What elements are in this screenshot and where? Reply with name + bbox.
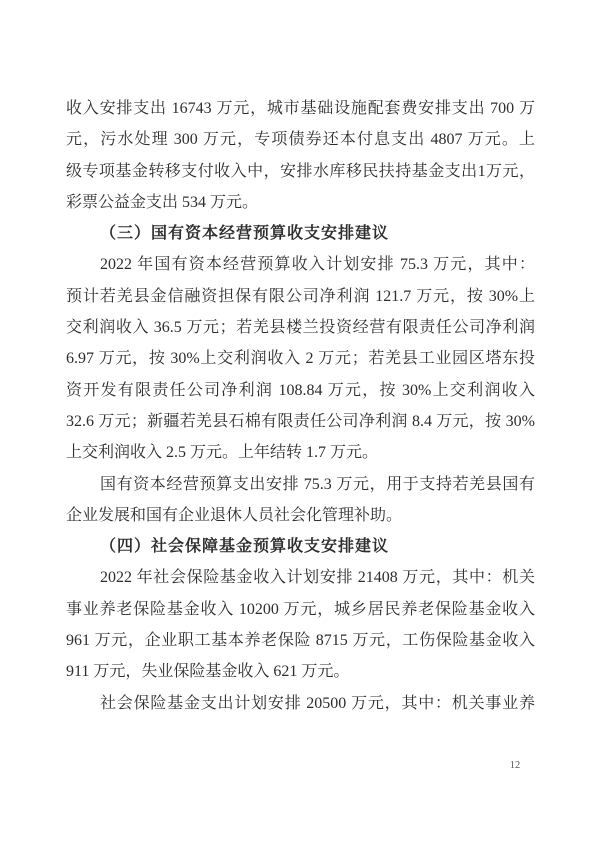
page-body-text: 收入安排支出 16743 万元，城市基础设施配套费安排支出 700 万 元，污水… xyxy=(66,93,535,719)
section-heading-4: （四）社会保障基金预算收支安排建议 xyxy=(66,531,535,562)
text-line: 企业发展和国有企业退休人员社会化管理补助。 xyxy=(66,500,535,531)
text-line: 6.97 万元，按 30%上交利润收入 2 万元；若羌县工业园区塔东投 xyxy=(66,343,535,374)
text-line: 交利润收入 36.5 万元；若羌县楼兰投资经营有限责任公司净利润 xyxy=(66,312,535,343)
text-line: 元，污水处理 300 万元，专项债券还本付息支出 4807 万元。上 xyxy=(66,124,535,155)
text-line: 国有资本经营预算支出安排 75.3 万元，用于支持若羌县国有 xyxy=(66,469,535,500)
text-line: 32.6 万元；新疆若羌县石棉有限责任公司净利润 8.4 万元，按 30% xyxy=(66,406,535,437)
text-line: 上交利润收入 2.5 万元。上年结转 1.7 万元。 xyxy=(66,437,535,468)
document-page: 收入安排支出 16743 万元，城市基础设施配套费安排支出 700 万 元，污水… xyxy=(0,0,596,842)
page-number: 12 xyxy=(503,760,527,771)
text-line: 预计若羌县金信融资担保有限公司净利润 121.7 万元，按 30%上 xyxy=(66,281,535,312)
text-line: 911 万元，失业保险基金收入 621 万元。 xyxy=(66,656,535,687)
text-line: 级专项基金转移支付收入中，安排水库移民扶持基金支出1万元， xyxy=(66,156,535,187)
text-line: 资开发有限责任公司净利润 108.84 万元，按 30%上交利润收入 xyxy=(66,375,535,406)
text-line: 事业养老保险基金收入 10200 万元，城乡居民养老保险基金收入 xyxy=(66,594,535,625)
text-line: 2022 年国有资本经营预算收入计划安排 75.3 万元，其中： xyxy=(66,249,535,280)
text-line: 彩票公益金支出 534 万元。 xyxy=(66,187,535,218)
text-line: 961 万元，企业职工基本养老保险 8715 万元，工伤保险基金收入 xyxy=(66,625,535,656)
text-line: 收入安排支出 16743 万元，城市基础设施配套费安排支出 700 万 xyxy=(66,93,535,124)
text-line: 2022 年社会保险基金收入计划安排 21408 万元，其中：机关 xyxy=(66,562,535,593)
section-heading-3: （三）国有资本经营预算收支安排建议 xyxy=(66,218,535,249)
text-line: 社会保险基金支出计划安排 20500 万元，其中：机关事业养 xyxy=(66,688,535,719)
